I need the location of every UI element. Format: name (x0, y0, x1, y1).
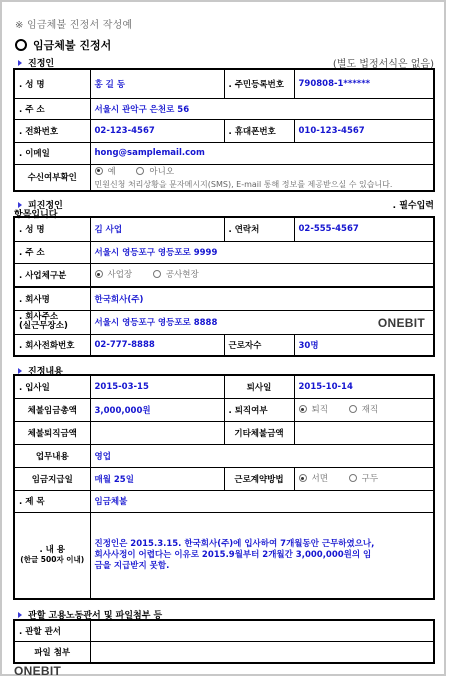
subject-field[interactable]: 임금체불 (90, 490, 434, 512)
email-field[interactable]: hong@samplemail.com (90, 142, 434, 164)
consent-yes-radio[interactable]: 예 (95, 165, 116, 177)
consent-label: 수신여부확인 (14, 164, 90, 191)
radio-selected-icon (299, 405, 307, 413)
attach-label: 파일 첨부 (14, 641, 90, 663)
retired-yes-radio[interactable]: 퇴직 (299, 403, 328, 415)
attach-field[interactable] (90, 641, 434, 663)
respondent-name-field[interactable]: 김 사업 (90, 217, 224, 241)
content-label: . 내 용 (한글 500자 이내) (14, 512, 90, 599)
company-label: . 회사명 (14, 287, 90, 310)
company-phone-label: . 회사전화번호 (14, 334, 90, 356)
radio-unselected-icon (349, 474, 357, 482)
unpaid-severance-label: 체불퇴직금액 (14, 421, 90, 444)
unpaid-total-label: 체불임금총액 (14, 398, 90, 421)
radio-selected-icon (95, 270, 103, 278)
phone-label: . 전화번호 (14, 119, 90, 142)
hire-date-field[interactable]: 2015-03-15 (90, 375, 224, 398)
content-field[interactable]: 진정인은 2015.3.15. 한국회사(주)에 입사하여 7개월동안 근무하였… (90, 512, 434, 599)
page-title: 임금체불 진정서 (15, 37, 111, 53)
triangle-bullet-icon (18, 60, 22, 66)
consent-no-radio[interactable]: 아니오 (136, 165, 174, 177)
consent-cell: 예 아니오 민원신청 처리상황을 문자메시지(SMS), E-mail 통해 정… (90, 164, 434, 191)
company-phone-field[interactable]: 02-777-8888 (90, 334, 224, 356)
email-label: . 이메일 (14, 142, 90, 164)
duty-label: 업무내용 (14, 444, 90, 467)
triangle-bullet-icon (18, 612, 22, 618)
retired-no-radio[interactable]: 재직 (349, 403, 378, 415)
respondent-name-label: . 성 명 (14, 217, 90, 241)
page-note: ※ 임금체불 진정서 작성예 (15, 16, 132, 31)
leave-date-field[interactable]: 2015-10-14 (294, 375, 434, 398)
respondent-address-label: . 주 소 (14, 241, 90, 263)
radio-unselected-icon (153, 270, 161, 278)
name-field[interactable]: 홍 길 동 (90, 69, 224, 98)
radio-unselected-icon (136, 167, 144, 175)
circle-bullet-icon (15, 39, 27, 51)
rrn-label: . 주민등록번호 (224, 69, 294, 98)
radio-unselected-icon (349, 405, 357, 413)
rrn-field[interactable]: 790808-1****** (294, 69, 434, 98)
workers-field[interactable]: 30명 (294, 334, 434, 356)
other-unpaid-field[interactable] (294, 421, 434, 444)
radio-selected-icon (95, 167, 103, 175)
contact-field[interactable]: 02-555-4567 (294, 217, 434, 241)
respondent-table: . 성 명 김 사업 . 연락처 02-555-4567 . 주 소 서울시 영… (13, 216, 435, 357)
biztype-construction-radio[interactable]: 공사현장 (153, 268, 199, 280)
name-label: . 성 명 (14, 69, 90, 98)
phone-field[interactable]: 02-123-4567 (90, 119, 224, 142)
respondent-address-field[interactable]: 서울시 영등포구 영등포로 9999 (90, 241, 434, 263)
contact-label: . 연락처 (224, 217, 294, 241)
footer-logo: ONEBIT (14, 664, 61, 678)
workers-label: 근로자수 (224, 334, 294, 356)
office-field[interactable] (90, 620, 434, 641)
mobile-label: . 휴대폰번호 (224, 119, 294, 142)
hire-date-label: . 입사일 (14, 375, 90, 398)
company-address-field[interactable]: 서울시 영등포구 영등포로 8888 ONEBIT (90, 310, 434, 334)
page-title-text: 임금체불 진정서 (33, 37, 111, 53)
other-unpaid-label: 기타체불금액 (224, 421, 294, 444)
triangle-bullet-icon (18, 368, 22, 374)
address-label: . 주 소 (14, 98, 90, 119)
company-field[interactable]: 한국회사(주) (90, 287, 434, 310)
leave-date-label: 퇴사일 (224, 375, 294, 398)
unpaid-total-field[interactable]: 3,000,000원 (90, 398, 224, 421)
consent-description: 민원신청 처리상황을 문자메시지(SMS), E-mail 통해 정보를 제공받… (95, 179, 430, 190)
complaint-table: . 입사일 2015-03-15 퇴사일 2015-10-14 체불임금총액 3… (13, 374, 435, 600)
biztype-workplace-radio[interactable]: 사업장 (95, 268, 133, 280)
mobile-field[interactable]: 010-123-4567 (294, 119, 434, 142)
payday-field[interactable]: 매월 25일 (90, 467, 224, 490)
office-label: . 관할 관서 (14, 620, 90, 641)
contract-written-radio[interactable]: 서면 (299, 472, 328, 484)
contract-verbal-radio[interactable]: 구두 (349, 472, 378, 484)
contract-cell: 서면 구두 (294, 467, 434, 490)
contract-label: 근로계약방법 (224, 467, 294, 490)
subject-label: . 제 목 (14, 490, 90, 512)
retired-label: . 퇴직여부 (224, 398, 294, 421)
company-address-label: . 회사주소 (실근무장소) (14, 310, 90, 334)
unpaid-severance-field[interactable] (90, 421, 224, 444)
radio-selected-icon (299, 474, 307, 482)
address-field[interactable]: 서울시 관악구 은천로 56 (90, 98, 434, 119)
watermark-logo: ONEBIT (378, 316, 425, 330)
required-note: . 필수입력 (393, 198, 434, 211)
biztype-label: . 사업체구분 (14, 263, 90, 287)
office-table: . 관할 관서 파일 첨부 (13, 619, 435, 664)
biztype-cell: 사업장 공사현장 (90, 263, 434, 287)
retired-cell: 퇴직 재직 (294, 398, 434, 421)
payday-label: 임금지급일 (14, 467, 90, 490)
complainant-table: . 성 명 홍 길 동 . 주민등록번호 790808-1****** . 주 … (13, 68, 435, 192)
duty-field[interactable]: 영업 (90, 444, 434, 467)
